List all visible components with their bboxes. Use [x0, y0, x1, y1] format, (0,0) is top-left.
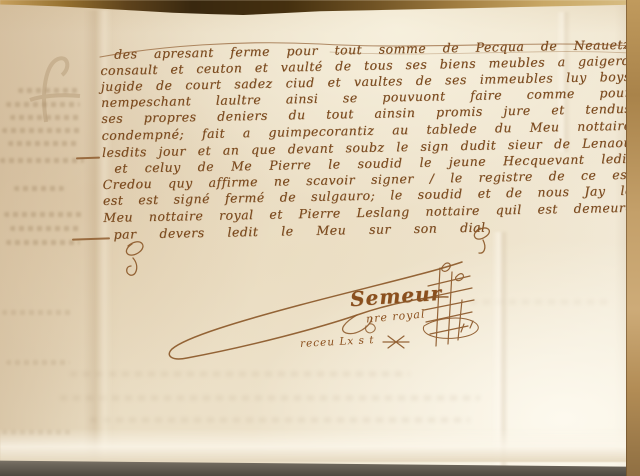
- bleed-smudge: [470, 300, 610, 304]
- fee-note: receu Lx s t: [300, 334, 375, 350]
- handwritten-text-block: des apresant ferme pour tout somme de Pe…: [100, 37, 636, 247]
- manuscript-photo: des apresant ferme pour tout somme de Pe…: [0, 0, 640, 476]
- ghost-line: [18, 88, 78, 93]
- bleed-smudge: [70, 372, 410, 376]
- ghost-line: [6, 240, 80, 245]
- bleed-smudge: [60, 396, 480, 400]
- ghost-line: [6, 102, 80, 107]
- wood-edge: [626, 0, 640, 476]
- ghost-line: [10, 226, 80, 231]
- ghost-line: [0, 158, 84, 163]
- ghost-line: [6, 360, 70, 365]
- ghost-line: [2, 128, 82, 133]
- cross-mark: [383, 336, 409, 348]
- notary-signature: Semeur: [349, 281, 443, 311]
- ghost-line: [10, 115, 80, 120]
- ghost-line: [14, 186, 64, 191]
- paraph-mark: [126, 242, 143, 275]
- ghost-line: [4, 212, 82, 217]
- bleed-smudge: [90, 418, 470, 422]
- ghost-line: [2, 310, 72, 315]
- bottom-fold-highlight: [0, 428, 630, 462]
- ghost-line: [8, 141, 80, 146]
- notary-title: nre royal: [366, 307, 426, 325]
